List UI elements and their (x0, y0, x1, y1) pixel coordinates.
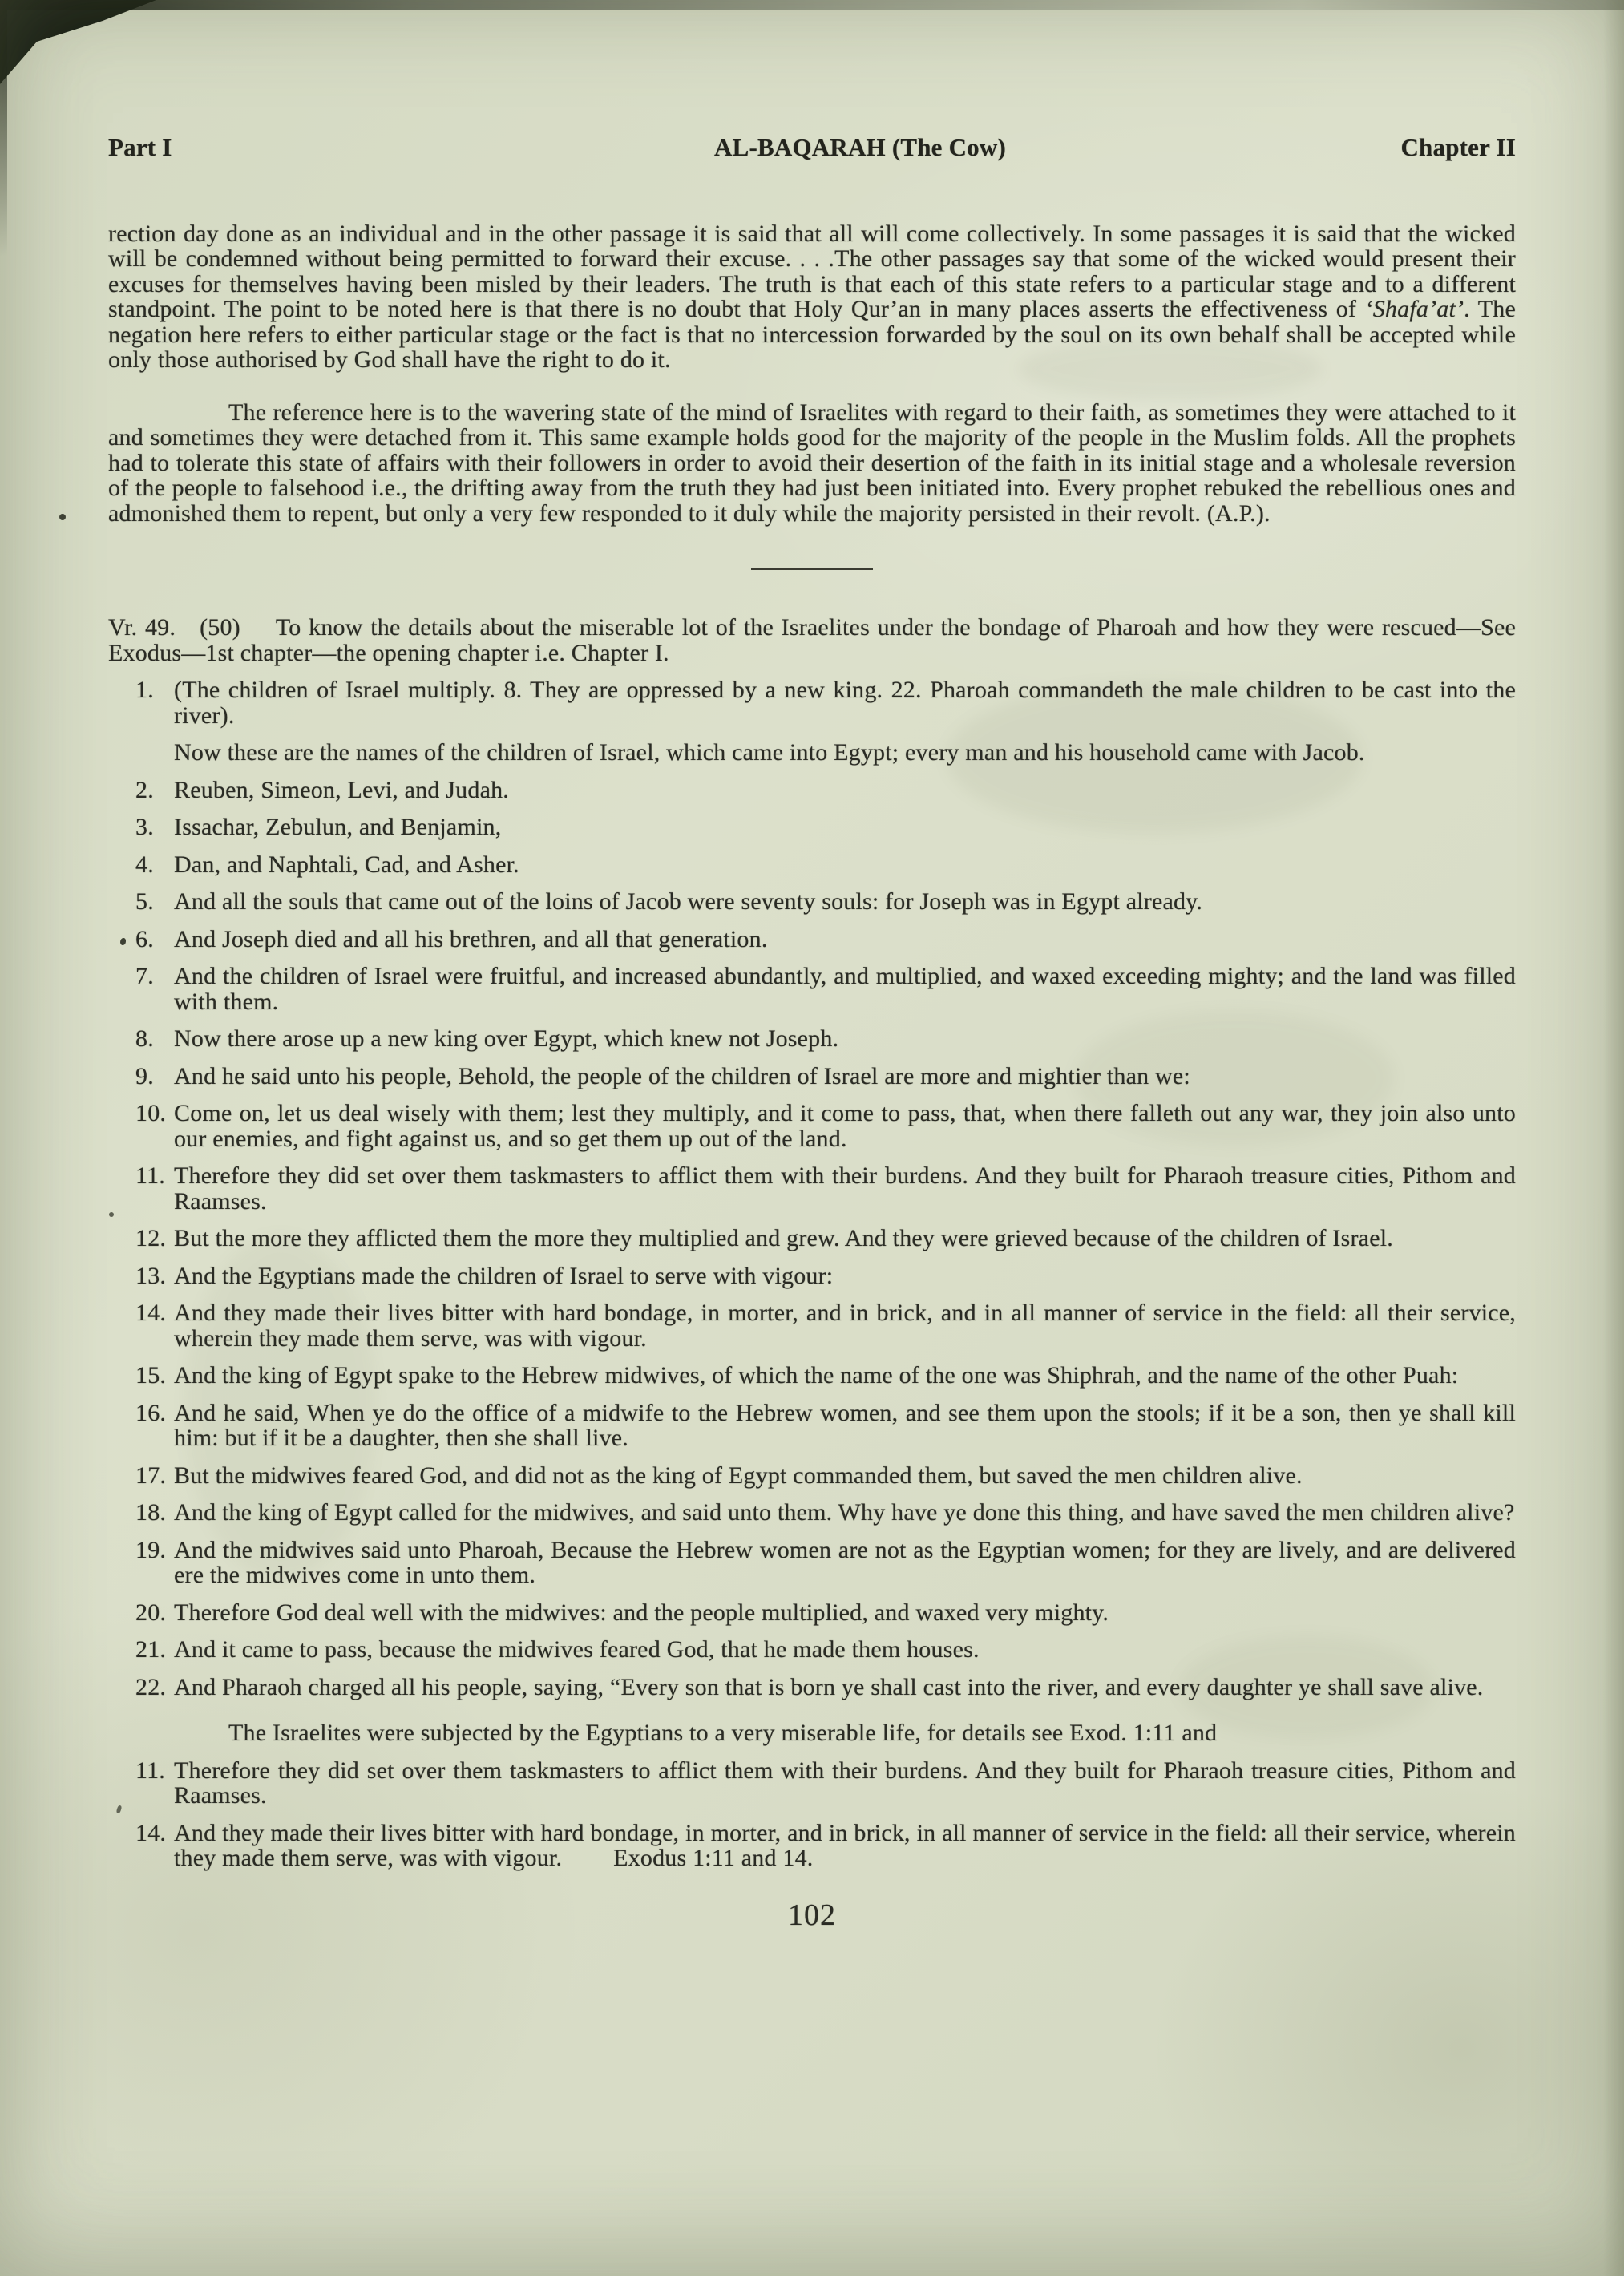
verse-number: 6. (108, 927, 174, 952)
verse-number: 1. (108, 677, 174, 728)
verse-text: Reuben, Simeon, Levi, and Judah. (174, 778, 1516, 803)
verse-text-body: And Pharaoh charged all his people, sayi… (174, 1674, 1484, 1700)
verse-row: 2. Reuben, Simeon, Levi, and Judah. (108, 778, 1516, 803)
verse-text: But the more they afflicted them the mor… (174, 1226, 1516, 1251)
verse-number (108, 740, 174, 766)
verse-text-body: (The children of Israel multiply. 8. The… (174, 677, 1516, 729)
verse-text-body: But the more they afflicted them the mor… (174, 1225, 1393, 1251)
exodus-verse-list: 1. (The children of Israel multiply. 8. … (108, 677, 1516, 1700)
verse-row: 8. Now there arose up a new king over Eg… (108, 1026, 1516, 1052)
verse-text: Therefore they did set over them taskmas… (174, 1163, 1516, 1214)
verse-number: 9. (108, 1064, 174, 1089)
verse-text-body: And it came to pass, because the midwive… (174, 1636, 980, 1663)
verse-text-body: And he said unto his people, Behold, the… (174, 1063, 1190, 1089)
verse-text: And the king of Egypt called for the mid… (174, 1500, 1516, 1526)
verse-number: 13. (108, 1263, 174, 1289)
verse-row: 4. Dan, and Naphtali, Cad, and Asher. (108, 852, 1516, 878)
commentary-paragraph-1-lead: rection day done as an individual and in… (108, 220, 1516, 323)
verse-number: 3. (108, 815, 174, 840)
verse-text: And the king of Egypt spake to the Hebre… (174, 1363, 1516, 1389)
verse-text-body: Therefore God deal well with the midwive… (174, 1599, 1109, 1626)
verse-number: 10. (108, 1101, 174, 1151)
verse-row: 7. And the children of Israel were fruit… (108, 964, 1516, 1014)
verse-text: And all the souls that came out of the l… (174, 889, 1516, 915)
verse-note-text: To know the details about the miserable … (108, 614, 1516, 666)
verse-text: And the children of Israel were fruitful… (174, 964, 1516, 1014)
verse-text: But the midwives feared God, and did not… (174, 1463, 1516, 1489)
verse-text: Therefore God deal well with the midwive… (174, 1600, 1516, 1626)
verse-row: 5. And all the souls that came out of th… (108, 889, 1516, 915)
verse-number: 7. (108, 964, 174, 1014)
section-divider (751, 568, 873, 570)
verse-number: 18. (108, 1500, 174, 1526)
verse-text-body: And he said, When ye do the office of a … (174, 1400, 1516, 1452)
verse-text-body: Now there arose up a new king over Egypt… (174, 1025, 838, 1052)
verse-number: 16. (108, 1401, 174, 1451)
footnote-verse-list: 11. Therefore they did set over them tas… (108, 1758, 1516, 1871)
verse-text: (The children of Israel multiply. 8. The… (174, 677, 1516, 728)
verse-text: And they made their lives bitter with ha… (174, 1300, 1516, 1351)
note-number: (50) (200, 614, 240, 641)
verse-row: 21. And it came to pass, because the mid… (108, 1637, 1516, 1663)
verse-text-body: And Joseph died and all his brethren, an… (174, 926, 768, 952)
verse-text-body: Therefore they did set over them taskmas… (174, 1757, 1516, 1809)
verse-number: 19. (108, 1538, 174, 1588)
verse-text-body: Now these are the names of the children … (174, 739, 1365, 766)
verse-row: 1. (The children of Israel multiply. 8. … (108, 677, 1516, 728)
verse-number: 12. (108, 1226, 174, 1251)
verse-text-body: And they made their lives bitter with ha… (174, 1300, 1516, 1352)
verse-number: 11. (108, 1163, 174, 1214)
verse-row: 12. But the more they afflicted them the… (108, 1226, 1516, 1251)
verse-text: And he said unto his people, Behold, the… (174, 1064, 1516, 1089)
verse-row: 3. Issachar, Zebulun, and Benjamin, (108, 815, 1516, 840)
verse-number: 21. (108, 1637, 174, 1663)
verse-row: 20. Therefore God deal well with the mid… (108, 1600, 1516, 1626)
verse-number: 8. (108, 1026, 174, 1052)
verse-text: And the midwives said unto Pharoah, Beca… (174, 1538, 1516, 1588)
scan-top-edge (0, 0, 1624, 10)
commentary-paragraph-2: The reference here is to the wavering st… (108, 400, 1516, 527)
page-background: Part I AL-BAQARAH (The Cow) Chapter II r… (0, 0, 1624, 2276)
verse-number: 17. (108, 1463, 174, 1489)
verse-number: 11. (108, 1758, 174, 1809)
verse-number: 2. (108, 778, 174, 803)
verse-row: 13. And the Egyptians made the children … (108, 1263, 1516, 1289)
verse-reference: Exodus 1:11 and 14. (613, 1845, 813, 1871)
verse-number: 14. (108, 1821, 174, 1871)
verse-text-body: But the midwives feared God, and did not… (174, 1462, 1303, 1489)
verse-text: Dan, and Naphtali, Cad, and Asher. (174, 852, 1516, 878)
scan-left-edge (0, 0, 7, 257)
verse-text-body: And the king of Egypt spake to the Hebre… (174, 1362, 1458, 1389)
book-title: AL-BAQARAH (The Cow) (714, 135, 1006, 160)
verse-row: 15. And the king of Egypt spake to the H… (108, 1363, 1516, 1389)
verse-text-body: Issachar, Zebulun, and Benjamin, (174, 814, 501, 840)
commentary-paragraph-1: rection day done as an individual and in… (108, 221, 1516, 373)
verse-row: 18. And the king of Egypt called for the… (108, 1500, 1516, 1526)
verse-text: And it came to pass, because the midwive… (174, 1637, 1516, 1663)
page-content: Part I AL-BAQARAH (The Cow) Chapter II r… (108, 135, 1516, 1928)
verse-number: 5. (108, 889, 174, 915)
verse-text-body: Dan, and Naphtali, Cad, and Asher. (174, 851, 519, 878)
verse-text-body: Therefore they did set over them taskmas… (174, 1162, 1516, 1215)
verse-text-body: And the midwives said unto Pharoah, Beca… (174, 1537, 1516, 1589)
verse-text: Now these are the names of the children … (174, 740, 1516, 766)
verse-row: 9. And he said unto his people, Behold, … (108, 1064, 1516, 1089)
verse-text-body: Reuben, Simeon, Levi, and Judah. (174, 777, 509, 803)
verse-text: And Joseph died and all his brethren, an… (174, 927, 1516, 952)
verse-text-body: And the children of Israel were fruitful… (174, 963, 1516, 1015)
chapter-label: Chapter II (958, 135, 1516, 160)
verse-number: 15. (108, 1363, 174, 1389)
scan-dark-corner (0, 0, 156, 84)
verse-number: 4. (108, 852, 174, 878)
verse-text: And the Egyptians made the children of I… (174, 1263, 1516, 1289)
verse-ref-paragraph: Vr. 49.(50)To know the details about the… (108, 615, 1516, 665)
shafaat-term: ‘Shafa’at’ (1365, 296, 1464, 322)
verse-text-body: And they made their lives bitter with ha… (174, 1820, 1516, 1872)
verse-row: 22. And Pharaoh charged all his people, … (108, 1675, 1516, 1700)
verse-text: Issachar, Zebulun, and Benjamin, (174, 815, 1516, 840)
verse-number: 20. (108, 1600, 174, 1626)
verse-text: And he said, When ye do the office of a … (174, 1401, 1516, 1451)
page-header: Part I AL-BAQARAH (The Cow) Chapter II (108, 135, 1516, 160)
verse-text-body: And the Egyptians made the children of I… (174, 1263, 833, 1289)
closing-note: The Israelites were subjected by the Egy… (108, 1720, 1516, 1746)
footnote-verse-row: 11. Therefore they did set over them tas… (108, 1758, 1516, 1809)
verse-text: And Pharaoh charged all his people, sayi… (174, 1675, 1516, 1700)
verse-row: 10. Come on, let us deal wisely with the… (108, 1101, 1516, 1151)
verse-row: 17. But the midwives feared God, and did… (108, 1463, 1516, 1489)
footnote-verse-row: 14. And they made their lives bitter wit… (108, 1821, 1516, 1871)
verse-row: Now these are the names of the children … (108, 740, 1516, 766)
verse-text-body: And all the souls that came out of the l… (174, 888, 1202, 915)
verse-row: 16. And he said, When ye do the office o… (108, 1401, 1516, 1451)
verse-text: Come on, let us deal wisely with them; l… (174, 1101, 1516, 1151)
part-label: Part I (108, 135, 666, 160)
verse-row: 11. Therefore they did set over them tas… (108, 1163, 1516, 1214)
verse-row: 19. And the midwives said unto Pharoah, … (108, 1538, 1516, 1588)
page-number: 102 (108, 1903, 1516, 1929)
scan-right-edge (1603, 0, 1624, 2276)
verse-row: 14. And they made their lives bitter wit… (108, 1300, 1516, 1351)
verse-number: 14. (108, 1300, 174, 1351)
scan-speck (59, 514, 66, 520)
verse-text: Therefore they did set over them taskmas… (174, 1758, 1516, 1809)
verse-row: 6. And Joseph died and all his brethren,… (108, 927, 1516, 952)
verse-text-body: And the king of Egypt called for the mid… (174, 1499, 1514, 1526)
verse-ref-label: Vr. 49. (108, 614, 176, 641)
verse-text: And they made their lives bitter with ha… (174, 1821, 1516, 1871)
verse-number: 22. (108, 1675, 174, 1700)
verse-text-body: Come on, let us deal wisely with them; l… (174, 1100, 1516, 1152)
verse-text: Now there arose up a new king over Egypt… (174, 1026, 1516, 1052)
